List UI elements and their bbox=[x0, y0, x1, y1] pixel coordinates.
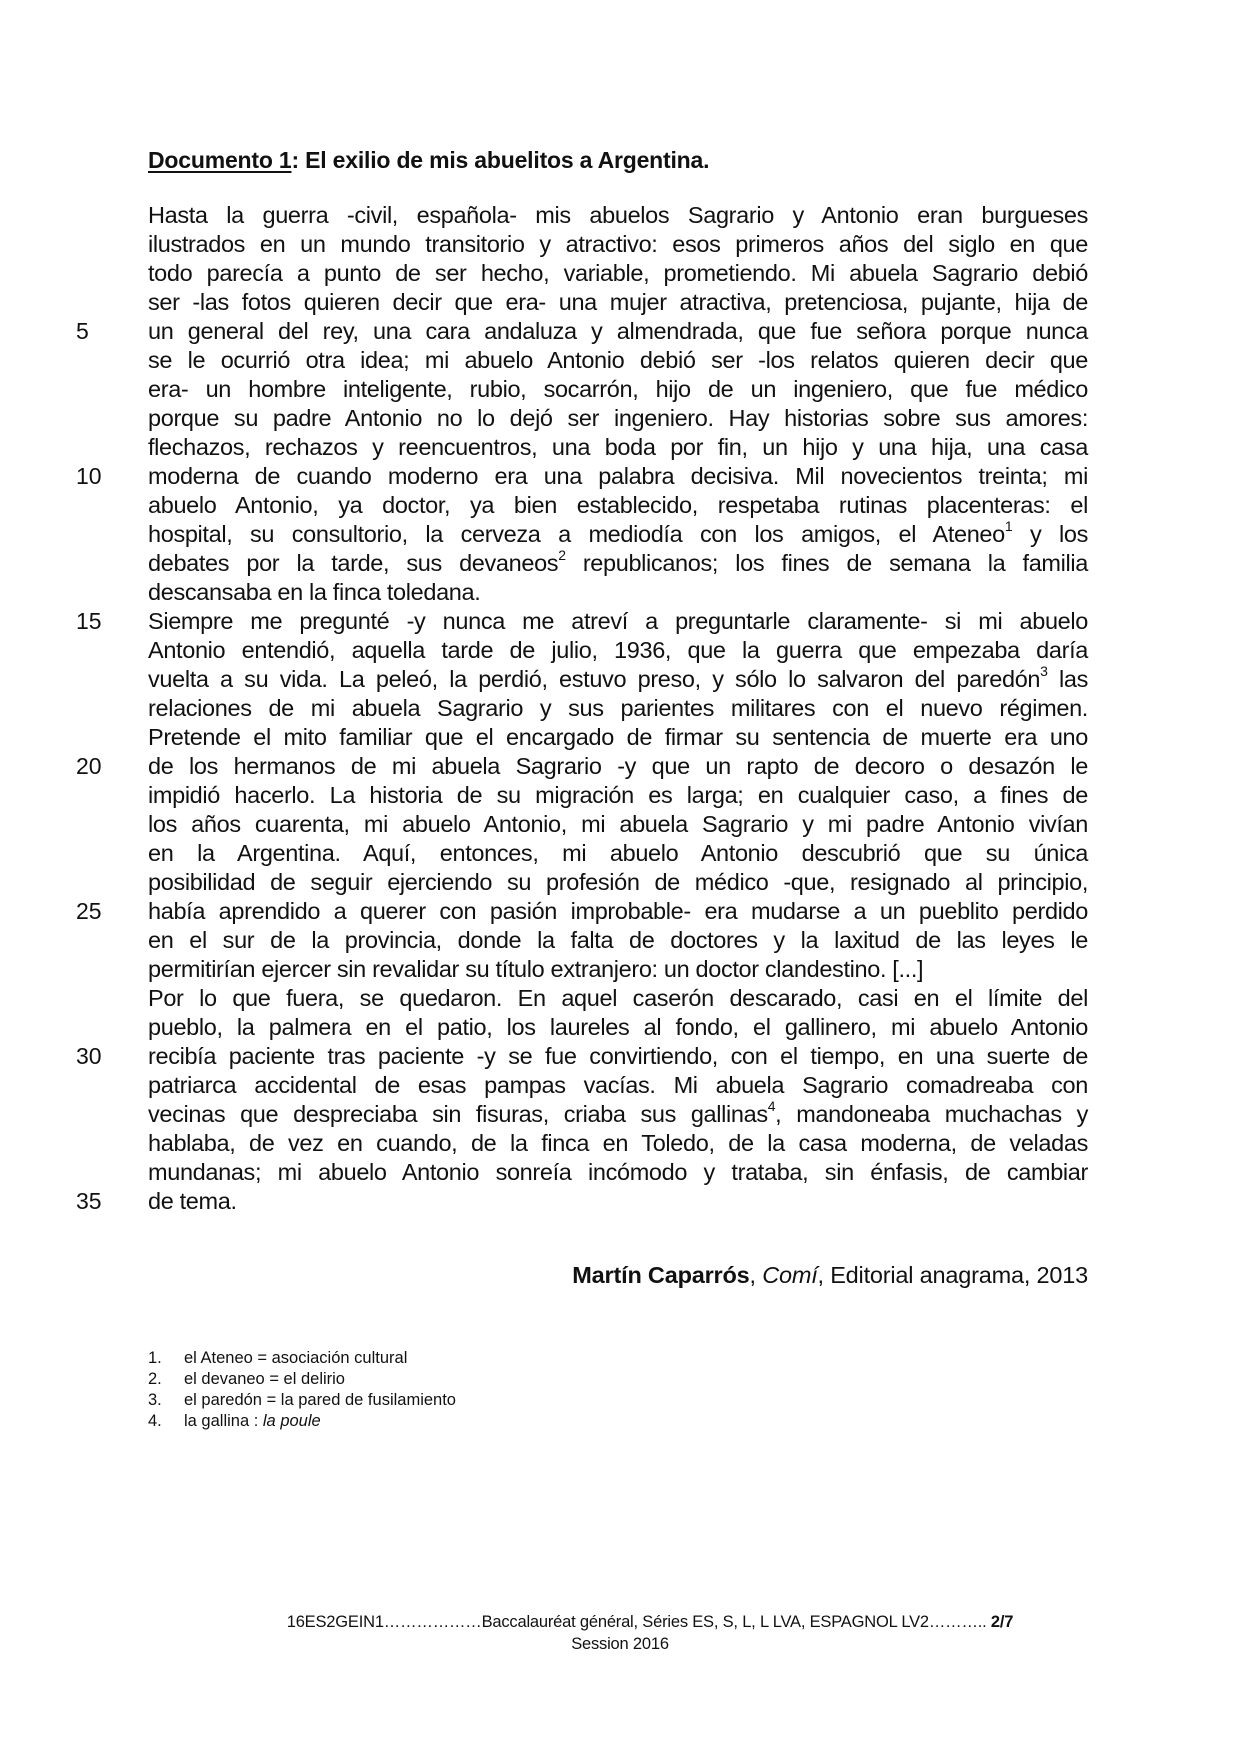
footnote-text: el paredón = la pared de fusilamiento bbox=[184, 1390, 456, 1411]
line-text: permitirían ejercer sin revalidar su tít… bbox=[148, 956, 923, 982]
text-line: ser -las fotos quieren decir que era- un… bbox=[148, 288, 1088, 317]
source-separator: , bbox=[750, 1262, 763, 1288]
footnote-number: 2. bbox=[148, 1369, 184, 1390]
text-line: 20de los hermanos de mi abuela Sagrario … bbox=[148, 752, 1088, 781]
footnote-reference: 2 bbox=[558, 547, 565, 563]
text-line: debates por la tarde, sus devaneos2 repu… bbox=[148, 549, 1088, 578]
line-text: recibía paciente tras paciente -y se fue… bbox=[148, 1043, 1088, 1069]
line-text: vuelta a su vida. La peleó, la perdió, e… bbox=[148, 666, 1040, 692]
text-line: Por lo que fuera, se quedaron. En aquel … bbox=[148, 984, 1088, 1013]
text-line: Hasta la guerra -civil, española- mis ab… bbox=[148, 201, 1088, 230]
line-text: Siempre me pregunté -y nunca me atreví a… bbox=[148, 608, 1088, 634]
source-book-title: Comí bbox=[762, 1262, 817, 1288]
line-text: porque su padre Antonio no lo dejó ser i… bbox=[148, 405, 1088, 431]
line-text: Pretende el mito familiar que el encarga… bbox=[148, 724, 1088, 750]
text-line: vecinas que despreciaba sin fisuras, cri… bbox=[148, 1100, 1088, 1129]
text-line: impidió hacerlo. La historia de su migra… bbox=[148, 781, 1088, 810]
line-text: ilustrados en un mundo transitorio y atr… bbox=[148, 231, 1088, 257]
text-line: en la Argentina. Aquí, entonces, mi abue… bbox=[148, 839, 1088, 868]
line-text: todo parecía a punto de ser hecho, varia… bbox=[148, 260, 1088, 286]
footnote-reference: 3 bbox=[1040, 663, 1047, 679]
line-text: Antonio entendió, aquella tarde de julio… bbox=[148, 637, 1088, 663]
text-line: abuelo Antonio, ya doctor, ya bien estab… bbox=[148, 491, 1088, 520]
line-text: patriarca accidental de esas pampas vací… bbox=[148, 1072, 1088, 1098]
footnote: 4.la gallina : la poule bbox=[148, 1411, 456, 1432]
line-number: 10 bbox=[76, 462, 116, 491]
footnote-reference: 1 bbox=[1005, 518, 1012, 534]
line-text: descansaba en la finca toledana. bbox=[148, 579, 480, 605]
text-line: mundanas; mi abuelo Antonio sonreía incó… bbox=[148, 1158, 1088, 1187]
footnote: 2.el devaneo = el delirio bbox=[148, 1369, 456, 1390]
text-line: patriarca accidental de esas pampas vací… bbox=[148, 1071, 1088, 1100]
line-text: Hasta la guerra -civil, española- mis ab… bbox=[148, 202, 1088, 228]
text-line: porque su padre Antonio no lo dejó ser i… bbox=[148, 404, 1088, 433]
line-text: se le ocurrió otra idea; mi abuelo Anton… bbox=[148, 347, 1088, 373]
line-number: 15 bbox=[76, 607, 116, 636]
line-text: , mandoneaba muchachas y bbox=[775, 1101, 1088, 1127]
footer-exam-code: 16ES2GEIN1………………Baccalauréat général, Sé… bbox=[287, 1613, 991, 1631]
line-text: un general del rey, una cara andaluza y … bbox=[148, 318, 1088, 344]
line-text: los años cuarenta, mi abuelo Antonio, mi… bbox=[148, 811, 1088, 837]
text-line: relaciones de mi abuela Sagrario y sus p… bbox=[148, 694, 1088, 723]
footnote-number: 1. bbox=[148, 1348, 184, 1369]
text-line: flechazos, rechazos y reencuentros, una … bbox=[148, 433, 1088, 462]
footnote-number: 4. bbox=[148, 1411, 184, 1432]
document-title-text: : El exilio de mis abuelitos a Argentina… bbox=[291, 147, 709, 173]
line-text: en el sur de la provincia, donde la falt… bbox=[148, 927, 1088, 953]
page-footer: 16ES2GEIN1………………Baccalauréat général, Sé… bbox=[0, 1611, 1240, 1655]
line-text: flechazos, rechazos y reencuentros, una … bbox=[148, 434, 1088, 460]
line-text: y los bbox=[1012, 521, 1088, 547]
footer-page-number: 2/7 bbox=[991, 1613, 1013, 1631]
line-text: impidió hacerlo. La historia de su migra… bbox=[148, 782, 1088, 808]
text-line: descansaba en la finca toledana. bbox=[148, 578, 1088, 607]
source-citation: Martín Caparrós, Comí, Editorial anagram… bbox=[572, 1262, 1088, 1289]
line-number: 30 bbox=[76, 1042, 116, 1071]
line-text: pueblo, la palmera en el patio, los laur… bbox=[148, 1014, 1088, 1040]
line-number: 35 bbox=[76, 1187, 116, 1216]
line-text: de los hermanos de mi abuela Sagrario -y… bbox=[148, 753, 1088, 779]
text-line: era- un hombre inteligente, rubio, socar… bbox=[148, 375, 1088, 404]
source-author: Martín Caparrós bbox=[572, 1262, 749, 1288]
line-text: había aprendido a querer con pasión impr… bbox=[148, 898, 1088, 924]
text-line: hablaba, de vez en cuando, de la finca e… bbox=[148, 1129, 1088, 1158]
line-text: hablaba, de vez en cuando, de la finca e… bbox=[148, 1130, 1088, 1156]
text-line: pueblo, la palmera en el patio, los laur… bbox=[148, 1013, 1088, 1042]
text-line: vuelta a su vida. La peleó, la perdió, e… bbox=[148, 665, 1088, 694]
line-text: mundanas; mi abuelo Antonio sonreía incó… bbox=[148, 1159, 1088, 1185]
text-line: 5un general del rey, una cara andaluza y… bbox=[148, 317, 1088, 346]
document-body-text: Hasta la guerra -civil, española- mis ab… bbox=[148, 201, 1088, 1216]
text-line: 10moderna de cuando moderno era una pala… bbox=[148, 462, 1088, 491]
line-text: las bbox=[1048, 666, 1088, 692]
text-line: permitirían ejercer sin revalidar su tít… bbox=[148, 955, 1088, 984]
footnotes-list: 1.el Ateneo = asociación cultural2.el de… bbox=[148, 1348, 456, 1432]
text-line: los años cuarenta, mi abuelo Antonio, mi… bbox=[148, 810, 1088, 839]
text-line: 25había aprendido a querer con pasión im… bbox=[148, 897, 1088, 926]
document-label: Documento 1 bbox=[148, 147, 291, 173]
text-line: todo parecía a punto de ser hecho, varia… bbox=[148, 259, 1088, 288]
footnote-text: el devaneo = el delirio bbox=[184, 1369, 345, 1390]
line-text: Por lo que fuera, se quedaron. En aquel … bbox=[148, 985, 1088, 1011]
text-line: 35de tema. bbox=[148, 1187, 1088, 1216]
text-line: ilustrados en un mundo transitorio y atr… bbox=[148, 230, 1088, 259]
line-text: de tema. bbox=[148, 1188, 237, 1214]
footnote: 1.el Ateneo = asociación cultural bbox=[148, 1348, 456, 1369]
line-text: en la Argentina. Aquí, entonces, mi abue… bbox=[148, 840, 1088, 866]
line-text: posibilidad de seguir ejerciendo su prof… bbox=[148, 869, 1088, 895]
line-text: debates por la tarde, sus devaneos bbox=[148, 550, 558, 576]
footer-session: Session 2016 bbox=[0, 1633, 1240, 1655]
text-line: hospital, su consultorio, la cerveza a m… bbox=[148, 520, 1088, 549]
line-text: hospital, su consultorio, la cerveza a m… bbox=[148, 521, 1005, 547]
footnote-reference: 4 bbox=[768, 1098, 775, 1114]
line-number: 20 bbox=[76, 752, 116, 781]
text-line: 30recibía paciente tras paciente -y se f… bbox=[148, 1042, 1088, 1071]
footnote-translation: la poule bbox=[263, 1411, 321, 1432]
line-text: republicanos; los fines de semana la fam… bbox=[566, 550, 1088, 576]
line-number: 5 bbox=[76, 317, 116, 346]
text-line: Antonio entendió, aquella tarde de julio… bbox=[148, 636, 1088, 665]
footnote-text: el Ateneo = asociación cultural bbox=[184, 1348, 407, 1369]
text-line: se le ocurrió otra idea; mi abuelo Anton… bbox=[148, 346, 1088, 375]
text-line: Pretende el mito familiar que el encarga… bbox=[148, 723, 1088, 752]
line-text: abuelo Antonio, ya doctor, ya bien estab… bbox=[148, 492, 1088, 518]
text-line: posibilidad de seguir ejerciendo su prof… bbox=[148, 868, 1088, 897]
line-text: vecinas que despreciaba sin fisuras, cri… bbox=[148, 1101, 768, 1127]
text-line: en el sur de la provincia, donde la falt… bbox=[148, 926, 1088, 955]
document-page: Documento 1: El exilio de mis abuelitos … bbox=[0, 0, 1240, 1754]
footnote-number: 3. bbox=[148, 1390, 184, 1411]
footnote: 3.el paredón = la pared de fusilamiento bbox=[148, 1390, 456, 1411]
document-title: Documento 1: El exilio de mis abuelitos … bbox=[148, 147, 709, 174]
line-text: moderna de cuando moderno era una palabr… bbox=[148, 463, 1088, 489]
footnote-text: la gallina : bbox=[184, 1411, 263, 1432]
line-number: 25 bbox=[76, 897, 116, 926]
source-publisher: , Editorial anagrama, 2013 bbox=[818, 1262, 1088, 1288]
line-text: era- un hombre inteligente, rubio, socar… bbox=[148, 376, 1088, 402]
line-text: ser -las fotos quieren decir que era- un… bbox=[148, 289, 1088, 315]
text-line: 15Siempre me pregunté -y nunca me atreví… bbox=[148, 607, 1088, 636]
line-text: relaciones de mi abuela Sagrario y sus p… bbox=[148, 695, 1088, 721]
